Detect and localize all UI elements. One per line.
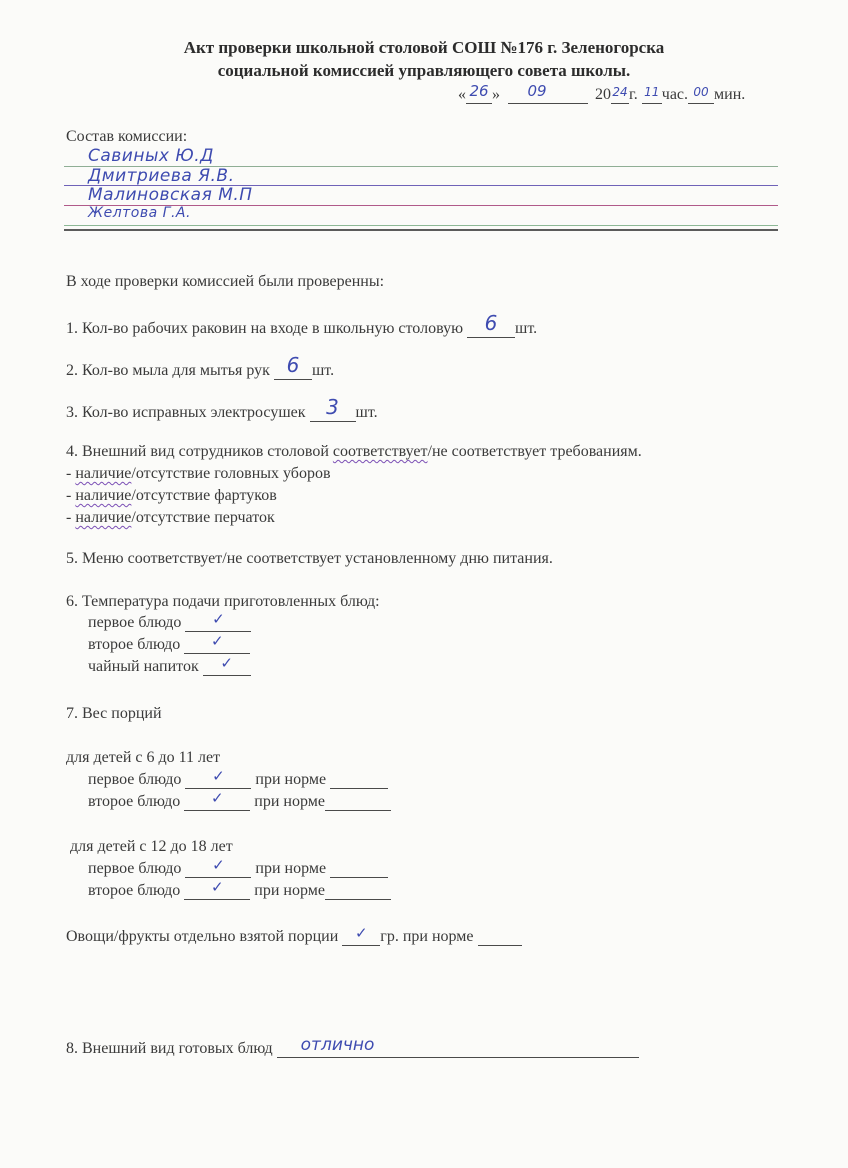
item-6-row: первое блюдо ✓ bbox=[66, 614, 251, 632]
item-8-value: отлично bbox=[301, 1035, 375, 1055]
row-label: первое блюдо bbox=[88, 614, 181, 631]
row-label: второе блюдо bbox=[88, 793, 180, 810]
item-4-other-option: /не соответствует требованиям. bbox=[428, 443, 642, 460]
fruit-label: Овощи/фрукты отдельно взятой порции bbox=[66, 928, 338, 945]
row-field[interactable]: ✓ bbox=[203, 658, 251, 676]
commission-member[interactable]: Желтова Г.А. bbox=[88, 205, 191, 221]
item-1-unit: шт. bbox=[515, 320, 537, 337]
item-2-unit: шт. bbox=[312, 362, 334, 379]
row-label: чайный напиток bbox=[88, 658, 199, 675]
item-4-text: 4. Внешний вид сотрудников столовой bbox=[66, 443, 329, 460]
fruit-norm-field[interactable] bbox=[478, 929, 522, 946]
row-field[interactable]: ✓ bbox=[184, 636, 250, 654]
open-quote: « bbox=[458, 86, 466, 103]
item-2-text: 2. Кол-во мыла для мытья рук bbox=[66, 362, 270, 379]
sub-selected-option[interactable]: наличие bbox=[75, 465, 131, 482]
year-prefix: 20 bbox=[595, 86, 611, 103]
item-4-selected-option[interactable]: соответствует bbox=[333, 443, 428, 460]
year-value: 24 bbox=[612, 85, 627, 99]
item-2-field[interactable]: 6 bbox=[274, 360, 312, 380]
row-field[interactable]: ✓ bbox=[185, 614, 251, 632]
weight-field[interactable]: ✓ bbox=[184, 793, 250, 811]
inspection-intro: В ходе проверки комиссией были проверенн… bbox=[66, 273, 384, 291]
check-mark-icon: ✓ bbox=[211, 789, 224, 807]
item-4-sub-2: - наличие/отсутствие фартуков bbox=[66, 487, 277, 505]
norm-label: при норме bbox=[254, 882, 325, 899]
item-1: 1. Кол-во рабочих раковин на входе в шко… bbox=[66, 318, 537, 338]
check-mark-icon: ✓ bbox=[355, 924, 368, 942]
sub-selected-option[interactable]: наличие bbox=[75, 487, 131, 504]
commission-line-4 bbox=[64, 225, 778, 226]
norm-field[interactable] bbox=[325, 883, 391, 900]
weight-row: второе блюдо ✓ при норме bbox=[66, 793, 391, 811]
document-title-line-2: социальной комиссией управляющего совета… bbox=[0, 61, 848, 81]
dash: - bbox=[66, 465, 75, 482]
check-mark-icon: ✓ bbox=[220, 654, 233, 672]
fruit-unit: гр. при норме bbox=[380, 928, 473, 945]
row-label: второе блюдо bbox=[88, 882, 180, 899]
weight-row: первое блюдо ✓ при норме bbox=[66, 860, 388, 878]
document-title-line-1: Акт проверки школьной столовой СОШ №176 … bbox=[0, 38, 848, 58]
fruit-field[interactable]: ✓ bbox=[342, 928, 380, 946]
check-mark-icon: ✓ bbox=[211, 632, 224, 650]
commission-label: Состав комиссии: bbox=[66, 128, 187, 146]
year-unit: г. bbox=[629, 86, 638, 103]
norm-label: при норме bbox=[254, 793, 325, 810]
month-field[interactable]: 09 bbox=[508, 86, 588, 104]
check-mark-icon: ✓ bbox=[212, 767, 225, 785]
weight-row: второе блюдо ✓ при норме bbox=[66, 882, 391, 900]
norm-field[interactable] bbox=[330, 772, 388, 789]
item-4: 4. Внешний вид сотрудников столовой соот… bbox=[66, 443, 642, 461]
item-1-text: 1. Кол-во рабочих раковин на входе в шко… bbox=[66, 320, 463, 337]
norm-label: при норме bbox=[255, 860, 326, 877]
age-group-label: для детей с 6 до 11 лет bbox=[66, 749, 220, 767]
dash: - bbox=[66, 487, 75, 504]
fruit-row: Овощи/фрукты отдельно взятой порции ✓гр.… bbox=[66, 928, 522, 946]
age-group-label: для детей с 12 до 18 лет bbox=[70, 838, 233, 856]
day-field[interactable]: 26 bbox=[466, 86, 492, 104]
commission-member[interactable]: Савиных Ю.Д bbox=[88, 146, 214, 166]
item-1-value: 6 bbox=[485, 311, 498, 335]
check-mark-icon: ✓ bbox=[212, 610, 225, 628]
commission-member[interactable]: Дмитриева Я.В. bbox=[88, 166, 234, 186]
check-mark-icon: ✓ bbox=[211, 878, 224, 896]
close-quote: » bbox=[492, 86, 500, 103]
item-2: 2. Кол-во мыла для мытья рук 6шт. bbox=[66, 360, 334, 380]
row-label: второе блюдо bbox=[88, 636, 180, 653]
item-3-field[interactable]: 3 bbox=[310, 402, 356, 422]
item-5: 5. Меню соответствует/не соответствует у… bbox=[66, 550, 553, 568]
item-8-text: 8. Внешний вид готовых блюд bbox=[66, 1040, 273, 1057]
commission-line-5 bbox=[64, 229, 778, 231]
month-value: 09 bbox=[527, 82, 546, 100]
weight-field[interactable]: ✓ bbox=[184, 882, 250, 900]
sub-other-option: /отсутствие перчаток bbox=[131, 509, 274, 526]
year-field[interactable]: 24 bbox=[611, 87, 629, 104]
minute-field[interactable]: 00 bbox=[688, 87, 714, 104]
item-3-unit: шт. bbox=[356, 404, 378, 421]
item-7-title: 7. Вес порций bbox=[66, 705, 162, 723]
item-6-title: 6. Температура подачи приготовленных блю… bbox=[66, 593, 380, 611]
item-3-value: 3 bbox=[326, 395, 339, 419]
minute-unit: мин. bbox=[714, 86, 745, 103]
item-8: 8. Внешний вид готовых блюд отлично bbox=[66, 1040, 639, 1058]
norm-field[interactable] bbox=[325, 794, 391, 811]
date-line: «26» 09 2024г. 11час.00мин. bbox=[458, 86, 745, 104]
item-2-value: 6 bbox=[287, 353, 300, 377]
item-3: 3. Кол-во исправных электросушек 3шт. bbox=[66, 402, 378, 422]
weight-field[interactable]: ✓ bbox=[185, 771, 251, 789]
item-1-field[interactable]: 6 bbox=[467, 318, 515, 338]
norm-label: при норме bbox=[255, 771, 326, 788]
weight-row: первое блюдо ✓ при норме bbox=[66, 771, 388, 789]
dash: - bbox=[66, 509, 75, 526]
item-4-sub-1: - наличие/отсутствие головных уборов bbox=[66, 465, 331, 483]
row-label: первое блюдо bbox=[88, 860, 181, 877]
hour-unit: час. bbox=[662, 86, 688, 103]
sub-other-option: /отсутствие фартуков bbox=[131, 487, 276, 504]
item-6-row: чайный напиток ✓ bbox=[66, 658, 251, 676]
minute-value: 00 bbox=[693, 85, 708, 99]
day-value: 26 bbox=[469, 82, 488, 100]
hour-field[interactable]: 11 bbox=[642, 87, 662, 104]
sub-selected-option[interactable]: наличие bbox=[75, 509, 131, 526]
item-3-text: 3. Кол-во исправных электросушек bbox=[66, 404, 306, 421]
item-6-row: второе блюдо ✓ bbox=[66, 636, 250, 654]
item-4-sub-3: - наличие/отсутствие перчаток bbox=[66, 509, 275, 527]
norm-field[interactable] bbox=[330, 861, 388, 878]
weight-field[interactable]: ✓ bbox=[185, 860, 251, 878]
hour-value: 11 bbox=[644, 85, 659, 99]
item-8-field[interactable]: отлично bbox=[277, 1040, 639, 1058]
sub-other-option: /отсутствие головных уборов bbox=[131, 465, 330, 482]
commission-member[interactable]: Малиновская М.П bbox=[88, 185, 253, 205]
check-mark-icon: ✓ bbox=[212, 856, 225, 874]
row-label: первое блюдо bbox=[88, 771, 181, 788]
